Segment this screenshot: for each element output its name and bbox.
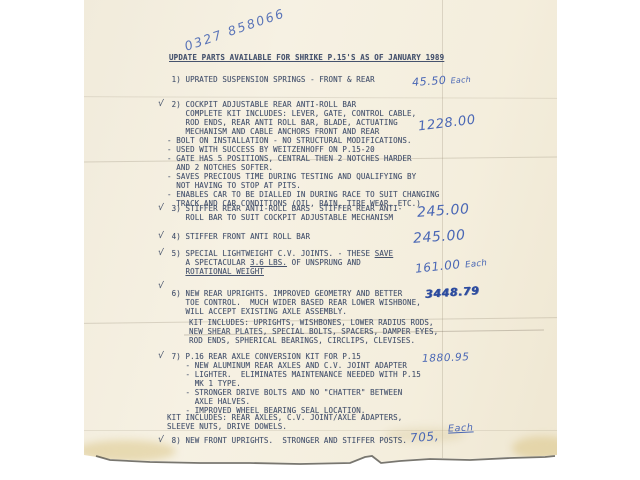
item-8: √ 8) NEW FRONT UPRIGHTS. STRONGER AND ST… bbox=[167, 436, 407, 445]
price-unit: Each bbox=[448, 422, 474, 434]
price-unit-8: Each bbox=[448, 422, 474, 434]
item-4: √ 4) STIFFER FRONT ANTI ROLL BAR bbox=[167, 232, 310, 241]
item-text: 7) P.16 REAR AXLE CONVERSION KIT FOR P.1… bbox=[167, 352, 421, 415]
item-text-segment bbox=[167, 267, 185, 276]
checkmark-icon: √ bbox=[157, 203, 164, 214]
page-title: UPDATE PARTS AVAILABLE FOR SHRIKE P.15'S… bbox=[169, 53, 444, 62]
price-value: 161.00 bbox=[414, 257, 461, 276]
price-value: 45.50 bbox=[412, 74, 447, 89]
item-text-underlined: SAVE bbox=[375, 249, 393, 258]
kit-includes-2: KIT INCLUDES: REAR AXLES, C.V. JOINT/AXL… bbox=[167, 413, 402, 431]
item-text: ROTATIONAL WEIGHT bbox=[167, 267, 393, 276]
item-2: √ 2) COCKPIT ADJUSTABLE REAR ANTI-ROLL B… bbox=[167, 100, 439, 208]
checkmark-icon: √ bbox=[157, 248, 164, 259]
price-note-3: 245.00 bbox=[417, 201, 471, 221]
item-text: 1) UPRATED SUSPENSION SPRINGS - FRONT & … bbox=[167, 75, 375, 84]
price-unit: Each bbox=[450, 75, 471, 85]
checkmark-icon: √ bbox=[157, 281, 164, 292]
item-text: 5) SPECIAL LIGHTWEIGHT C.V. JOINTS. - TH… bbox=[167, 249, 393, 258]
item-text-segment: OF UNSPRUNG AND bbox=[287, 258, 361, 267]
item-text-segment: A SPECTACULAR bbox=[167, 258, 250, 267]
item-text: 2) COCKPIT ADJUSTABLE REAR ANTI-ROLL BAR… bbox=[167, 100, 439, 208]
price-value: 245.00 bbox=[417, 201, 471, 221]
price-note-6: 3448.79 bbox=[425, 284, 480, 301]
item-text: 3) STIFFER REAR ANTI-ROLL BARS STIFFER R… bbox=[167, 204, 402, 222]
item-text-segment: 5) SPECIAL LIGHTWEIGHT C.V. JOINTS. - TH… bbox=[167, 249, 375, 258]
price-note-5: 161.00 Each bbox=[414, 254, 487, 275]
item-3: √ 3) STIFFER REAR ANTI-ROLL BARS STIFFER… bbox=[167, 204, 402, 222]
phone-note: 0327 858066 bbox=[182, 5, 287, 54]
item-text-underlined: 3.6 LBS. bbox=[250, 258, 287, 267]
item-6: √ 6) NEW REAR UPRIGHTS. IMPROVED GEOMETR… bbox=[167, 289, 421, 316]
item-text: 8) NEW FRONT UPRIGHTS. STRONGER AND STIF… bbox=[167, 436, 407, 445]
item-text: 4) STIFFER FRONT ANTI ROLL BAR bbox=[167, 232, 310, 241]
price-value: 245.00 bbox=[413, 227, 467, 247]
checkmark-icon: √ bbox=[157, 231, 164, 242]
checkmark-icon: √ bbox=[157, 99, 164, 110]
price-note-7: 1880.95 bbox=[422, 351, 470, 365]
item-text: 6) NEW REAR UPRIGHTS. IMPROVED GEOMETRY … bbox=[167, 289, 421, 316]
scanned-document-background: 0327 858066 UPDATE PARTS AVAILABLE FOR S… bbox=[0, 0, 640, 480]
price-value: 705, bbox=[409, 429, 439, 445]
item-5: √ 5) SPECIAL LIGHTWEIGHT C.V. JOINTS. - … bbox=[167, 249, 393, 276]
price-note-4: 245.00 bbox=[413, 227, 467, 247]
checkmark-icon: √ bbox=[157, 435, 164, 446]
price-value: 1880.95 bbox=[422, 351, 470, 365]
price-note-1: 45.50 Each bbox=[412, 72, 472, 89]
price-value: 3448.79 bbox=[425, 284, 480, 301]
item-text: A SPECTACULAR 3.6 LBS. OF UNSPRUNG AND bbox=[167, 258, 393, 267]
fold-crease-top bbox=[84, 96, 557, 99]
checkmark-icon: √ bbox=[157, 351, 164, 362]
item-text-underlined: ROTATIONAL WEIGHT bbox=[185, 267, 263, 276]
stain bbox=[512, 436, 572, 460]
item-1: 1) UPRATED SUSPENSION SPRINGS - FRONT & … bbox=[167, 75, 375, 84]
price-note-8: 705, bbox=[409, 429, 439, 445]
item-7: √ 7) P.16 REAR AXLE CONVERSION KIT FOR P… bbox=[167, 352, 421, 415]
kit-includes-1: KIT INCLUDES: UPRIGHTS, WISHBONES, LOWER… bbox=[189, 318, 438, 345]
price-unit: Each bbox=[465, 258, 488, 270]
paper-sheet: 0327 858066 UPDATE PARTS AVAILABLE FOR S… bbox=[84, 0, 557, 468]
